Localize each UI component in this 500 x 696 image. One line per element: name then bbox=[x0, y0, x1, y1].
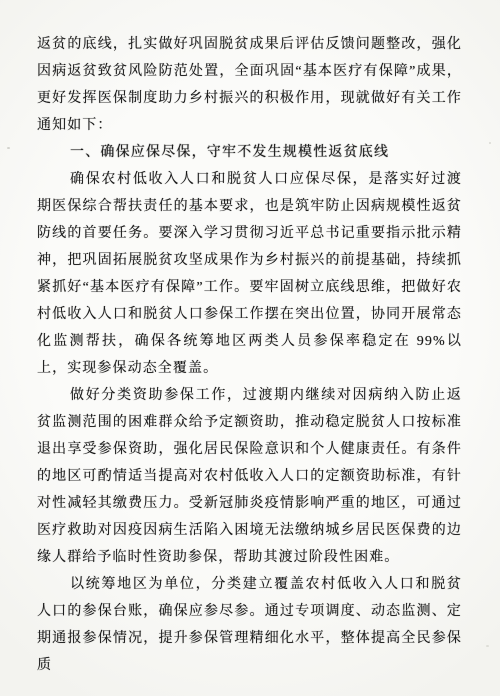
section-heading: 一、确保应保尽保，守牢不发生规模性返贫底线 bbox=[37, 139, 462, 166]
scan-speck bbox=[489, 142, 491, 144]
paragraph-classified-subsidies: 做好分类资助参保工作，过渡期内继续对因病纳入防止返贫监测范围的困难群众给予定额资… bbox=[37, 382, 462, 571]
scan-speck bbox=[7, 147, 10, 149]
paragraph-continuation: 返贫的底线，扎实做好巩固脱贫成果后评估反馈问题整改，强化因病返贫致贫风险防范处置… bbox=[37, 31, 462, 139]
document-page: 返贫的底线，扎实做好巩固脱贫成果后评估反馈问题整改，强化因病返贫致贫风险防范处置… bbox=[37, 31, 462, 679]
paragraph-enrollment-ledger: 以统筹地区为单位，分类建立覆盖农村低收入人口和脱贫人口的参保台账，确保应参尽参。… bbox=[37, 571, 462, 679]
scan-speck bbox=[486, 645, 489, 647]
paragraph-ensure-enrollment: 确保农村低收入人口和脱贫人口应保尽保，是落实好过渡期医保综合帮扶责任的基本要求，… bbox=[37, 166, 462, 382]
